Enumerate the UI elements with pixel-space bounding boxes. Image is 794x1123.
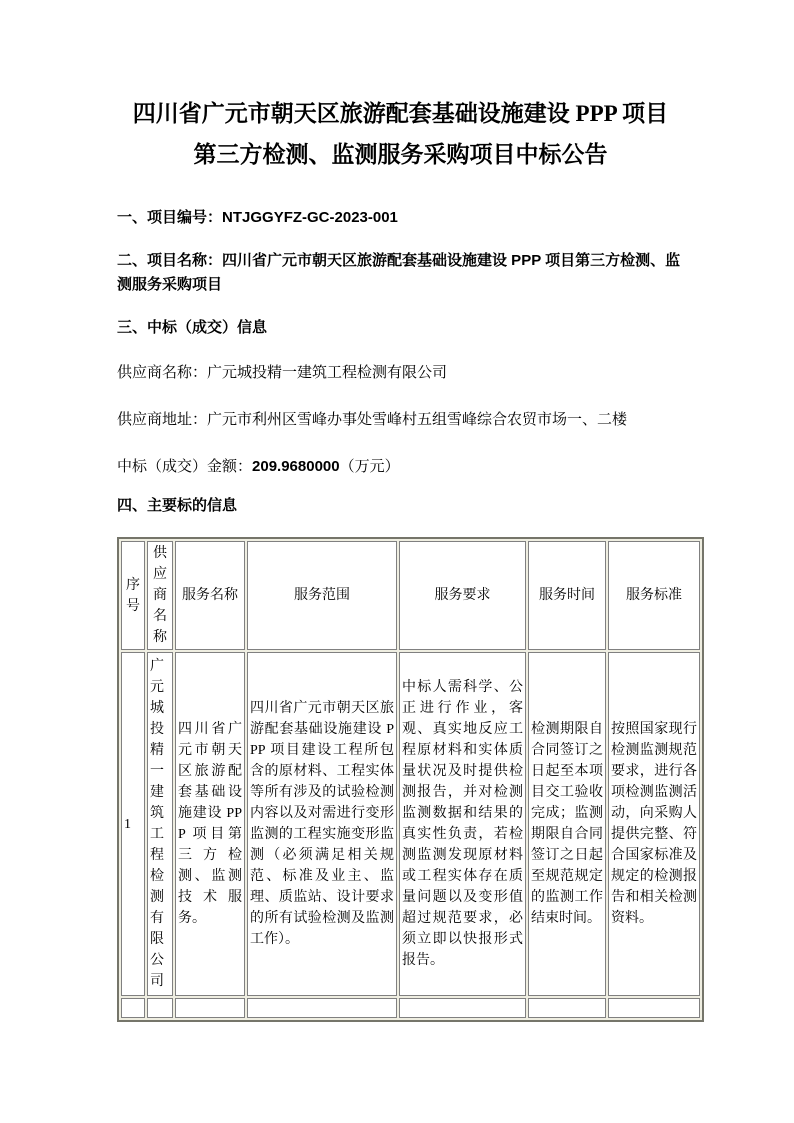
page-title: 四川省广元市朝天区旅游配套基础设施建设 PPP 项目 第三方检测、监测服务采购项… [117,93,684,175]
cell-service-scope: 四川省广元市朝天区旅游配套基础设施建设 PPP 项目建设工程所包含的原材料、工程… [247,652,397,996]
header-service-time: 服务时间 [528,541,606,650]
project-number-line: 一、项目编号：NTJGGYFZ-GC-2023-001 [117,206,684,230]
cell-service-time: 检测期限自合同签订之日起至本项目交工验收完成；监测期限自合同签订之日起至规范规定… [528,652,606,996]
empty-cell-supplier-name [147,998,173,1018]
project-name-line: 二、项目名称：四川省广元市朝天区旅游配套基础设施建设 PPP 项目第三方检测、监… [117,249,684,297]
project-name-label: 二、项目名称： [117,252,222,269]
empty-cell-service-standard [608,998,700,1018]
award-amount-line: 中标（成交）金额：209.9680000（万元） [117,456,684,478]
award-amount-label: 中标（成交）金额： [117,459,252,475]
empty-cell-service-name [175,998,245,1018]
header-service-standard: 服务标准 [608,541,700,650]
main-subject-table: 序号 供应商名称 服务名称 服务范围 服务要求 服务时间 服务标准 1 广元城投… [117,537,704,1022]
empty-cell-service-requirement [399,998,526,1018]
cell-service-name: 四川省广元市朝天区旅游配套基础设施建设 PPP 项目第三方检测、监测技术服务。 [175,652,245,996]
table-empty-row [121,998,700,1018]
header-service-name: 服务名称 [175,541,245,650]
cell-service-requirement: 中标人需科学、公正进行作业，客观、真实地反应工程原材料和实体质量状况及时提供检测… [399,652,526,996]
cell-seq: 1 [121,652,145,996]
project-number-label: 一、项目编号： [117,209,222,226]
page-title-line-2: 第三方检测、监测服务采购项目中标公告 [117,134,684,175]
supplier-name-line: 供应商名称：广元城投精一建筑工程检测有限公司 [117,362,684,384]
supplier-address-line: 供应商地址：广元市利州区雪峰办事处雪峰村五组雪峰综合农贸市场一、二楼 [117,409,684,431]
page-title-line-1: 四川省广元市朝天区旅游配套基础设施建设 PPP 项目 [117,93,684,134]
project-number-value: NTJGGYFZ-GC-2023-001 [222,209,398,226]
supplier-address-value: 广元市利州区雪峰办事处雪峰村五组雪峰综合农贸市场一、二楼 [207,412,627,428]
award-info-heading: 三、中标（成交）信息 [117,316,684,340]
cell-service-standard: 按照国家现行检测监测规范要求，进行各项检测监测活动，向采购人提供完整、符合国家标… [608,652,700,996]
award-amount-value: 209.9680000 [252,458,340,475]
award-amount-unit: （万元） [340,459,400,475]
table-header-row: 序号 供应商名称 服务名称 服务范围 服务要求 服务时间 服务标准 [121,541,700,650]
cell-supplier-name: 广元城投精一建筑工程检测有限公司 [147,652,173,996]
header-supplier-name: 供应商名称 [147,541,173,650]
empty-cell-seq [121,998,145,1018]
table-row: 1 广元城投精一建筑工程检测有限公司 四川省广元市朝天区旅游配套基础设施建设 P… [121,652,700,996]
main-subject-heading: 四、主要标的信息 [117,494,684,518]
empty-cell-service-time [528,998,606,1018]
empty-cell-service-scope [247,998,397,1018]
header-seq: 序号 [121,541,145,650]
header-service-scope: 服务范围 [247,541,397,650]
supplier-name-label: 供应商名称： [117,365,207,381]
header-service-requirement: 服务要求 [399,541,526,650]
supplier-address-label: 供应商地址： [117,412,207,428]
document-page: 四川省广元市朝天区旅游配套基础设施建设 PPP 项目 第三方检测、监测服务采购项… [117,0,684,1022]
supplier-name-value: 广元城投精一建筑工程检测有限公司 [207,365,447,381]
